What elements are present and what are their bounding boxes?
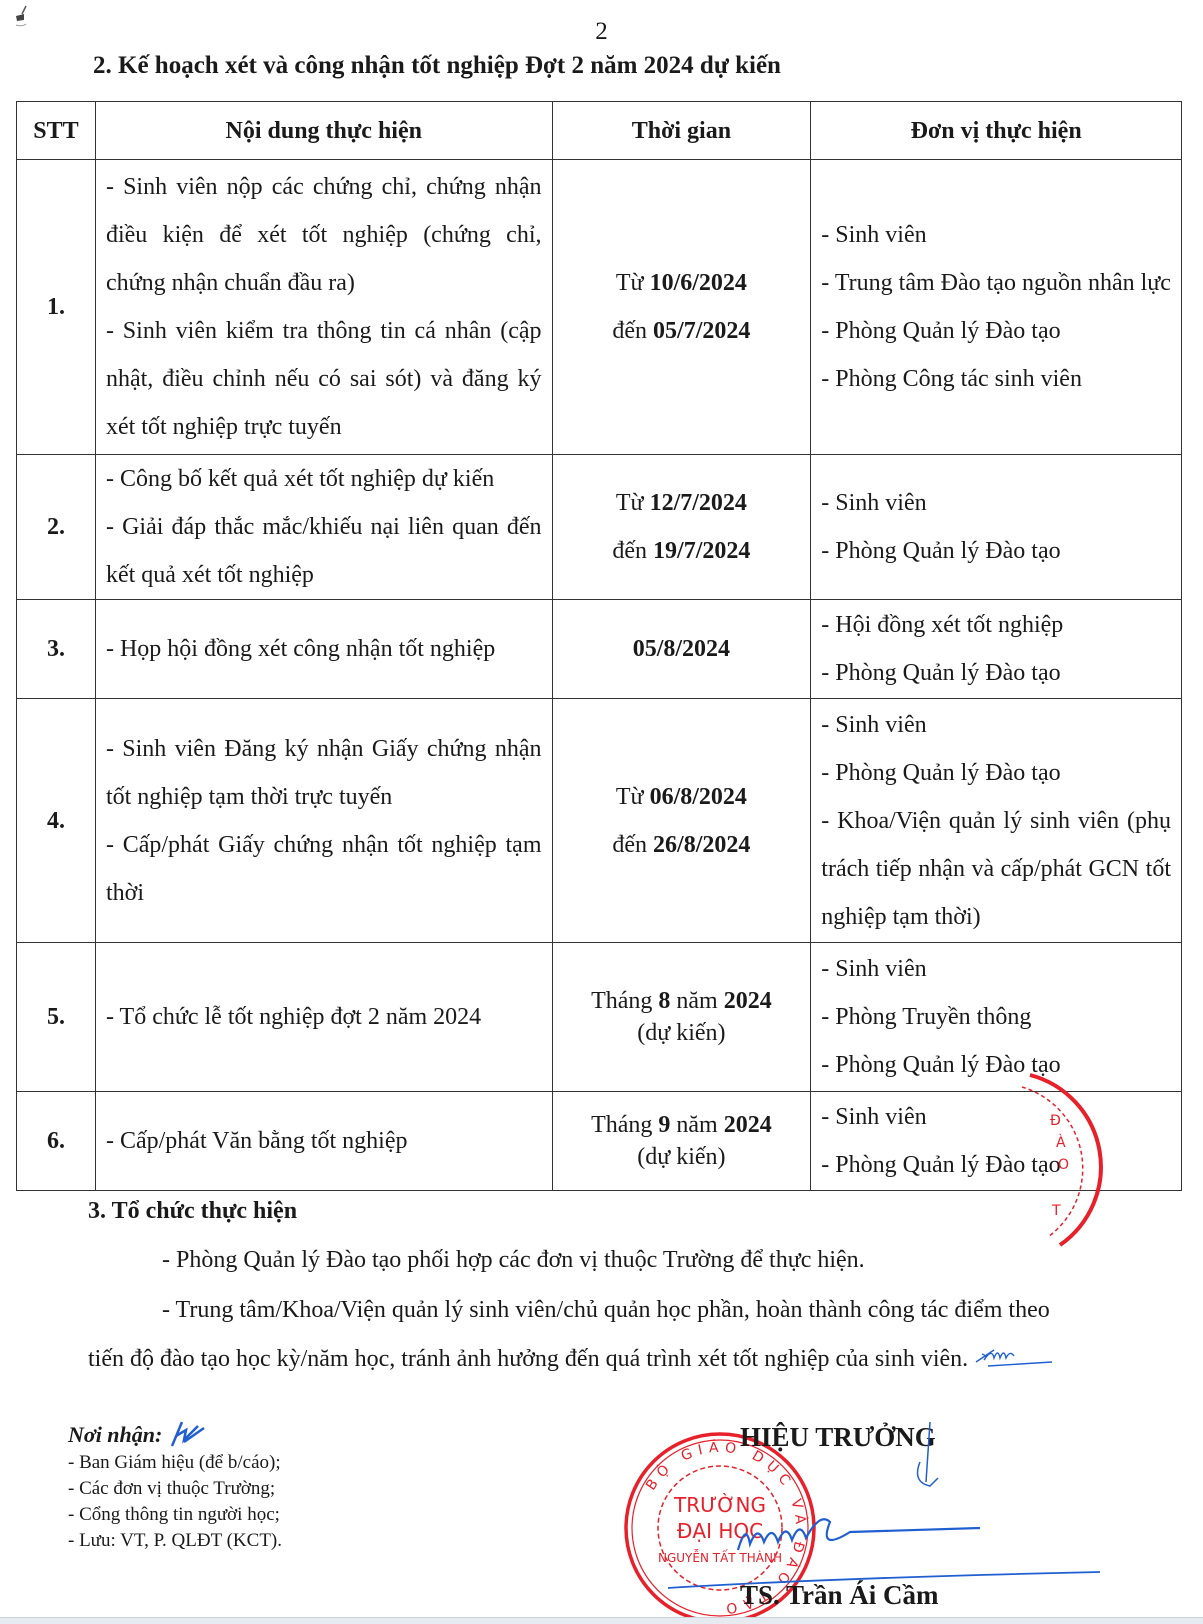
svg-text:Đ: Đ: [1050, 1113, 1061, 1129]
plan-table: STT Nội dung thực hiện Thời gian Đơn vị …: [16, 101, 1182, 1191]
time-to: 19/7/2024: [653, 538, 750, 564]
unit-item: - Hội đồng xét tốt nghiệp: [821, 601, 1171, 649]
recipients-block: Nơi nhận: - Ban Giám hiệu (để b/cáo); - …: [68, 1420, 282, 1554]
time-label: Tháng: [591, 1112, 652, 1138]
unit-item: - Phòng Quản lý Đào tạo: [821, 527, 1171, 575]
table-row: 5. - Tổ chức lễ tốt nghiệp đợt 2 năm 202…: [17, 943, 1182, 1092]
signer-name: TS. Trần Ái Cầm: [740, 1580, 939, 1611]
time-to: 05/7/2024: [653, 318, 750, 344]
unit-item: - Trung tâm Đào tạo nguồn nhân lực: [821, 259, 1171, 307]
time-label: Tháng: [591, 988, 652, 1014]
time-month: 8: [658, 988, 670, 1014]
row-stt: 5.: [17, 943, 96, 1092]
header-time: Thời gian: [552, 102, 811, 160]
partial-seal-icon: Đ À O T: [1020, 1065, 1130, 1255]
unit-item: - Sinh viên: [821, 211, 1171, 259]
time-note: (dự kiến): [563, 1017, 801, 1049]
time-label: đến: [612, 318, 647, 344]
row-content: - Họp hội đồng xét công nhận tốt nghiệp: [95, 600, 552, 699]
time-label: năm: [676, 988, 717, 1014]
paragraph: - Trung tâm/Khoa/Viện quản lý sinh viên/…: [162, 1297, 1050, 1324]
content-line: - Sinh viên Đăng ký nhận Giấy chứng nhận…: [106, 725, 542, 821]
table-header-row: STT Nội dung thực hiện Thời gian Đơn vị …: [17, 102, 1182, 160]
row-units: - Hội đồng xét tốt nghiệp - Phòng Quản l…: [811, 600, 1182, 699]
section-3-title: 3. Tổ chức thực hiện: [88, 1198, 297, 1225]
recipient-item: - Lưu: VT, P. QLĐT (KCT).: [68, 1528, 282, 1554]
content-line: - Tổ chức lễ tốt nghiệp đợt 2 năm 2024: [106, 993, 542, 1041]
header-stt: STT: [17, 102, 96, 160]
unit-item: - Sinh viên: [821, 945, 1171, 993]
content-line: - Giải đáp thắc mắc/khiếu nại liên quan …: [106, 503, 542, 599]
paragraph: - Phòng Quản lý Đào tạo phối hợp các đơn…: [162, 1247, 865, 1274]
svg-text:À: À: [1056, 1134, 1066, 1151]
svg-text:O: O: [1058, 1157, 1069, 1173]
row-units: - Sinh viên - Phòng Quản lý Đào tạo: [811, 455, 1182, 600]
unit-item: - Phòng Công tác sinh viên: [821, 355, 1171, 403]
row-time: Từ 10/6/2024 đến 05/7/2024: [552, 160, 811, 455]
time-month: 9: [658, 1112, 670, 1138]
unit-item: - Khoa/Viện quản lý sinh viên (phụ trách…: [821, 797, 1171, 941]
unit-item: - Phòng Quản lý Đào tạo: [821, 649, 1171, 697]
paragraph-text: tiến độ đào tạo học kỳ/năm học, tránh ản…: [88, 1346, 968, 1372]
content-line: - Cấp/phát Văn bằng tốt nghiệp: [106, 1117, 542, 1165]
row-content: - Sinh viên Đăng ký nhận Giấy chứng nhận…: [95, 699, 552, 943]
time-label: năm: [676, 1112, 717, 1138]
row-stt: 2.: [17, 455, 96, 600]
row-content: - Cấp/phát Văn bằng tốt nghiệp: [95, 1092, 552, 1191]
signature-stroke-icon: [650, 1412, 1050, 1602]
row-stt: 4.: [17, 699, 96, 943]
unit-item: - Phòng Quản lý Đào tạo: [821, 307, 1171, 355]
initials-icon: [974, 1346, 1054, 1368]
signature-block: BỘ GIÁO DỤC VÀ ĐÀO TẠO TRƯỜNG ĐẠI HỌC NG…: [600, 1412, 1203, 1624]
time-label: đến: [612, 538, 647, 564]
row-units: - Sinh viên - Trung tâm Đào tạo nguồn nh…: [811, 160, 1182, 455]
page-number: 2: [0, 18, 1203, 46]
content-line: - Sinh viên kiểm tra thông tin cá nhân (…: [106, 307, 542, 451]
unit-item: - Phòng Quản lý Đào tạo: [821, 749, 1171, 797]
viewer-bottom-bar: [0, 1617, 1203, 1624]
content-line: - Cấp/phát Giấy chứng nhận tốt nghiệp tạ…: [106, 821, 542, 917]
content-line: - Công bố kết quả xét tốt nghiệp dự kiến: [106, 455, 542, 503]
header-unit: Đơn vị thực hiện: [811, 102, 1182, 160]
recipients-heading-text: Nơi nhận:: [68, 1422, 162, 1447]
row-content: - Tổ chức lễ tốt nghiệp đợt 2 năm 2024: [95, 943, 552, 1092]
recipient-item: - Cổng thông tin người học;: [68, 1502, 282, 1528]
table-row: 1. - Sinh viên nộp các chứng chỉ, chứng …: [17, 160, 1182, 455]
row-time: Tháng 9 năm 2024 (dự kiến): [552, 1092, 811, 1191]
row-units: - Sinh viên - Phòng Quản lý Đào tạo - Kh…: [811, 699, 1182, 943]
row-time: 05/8/2024: [552, 600, 811, 699]
time-label: Từ: [616, 270, 644, 296]
recipient-item: - Các đơn vị thuộc Trường;: [68, 1476, 282, 1502]
time-label: Từ: [616, 490, 644, 516]
initials-icon: [168, 1420, 208, 1450]
svg-text:T: T: [1051, 1203, 1061, 1219]
section-2-title: 2. Kế hoạch xét và công nhận tốt nghiệp …: [93, 52, 781, 80]
row-stt: 1.: [17, 160, 96, 455]
time-label: đến: [612, 832, 647, 858]
time-from: 06/8/2024: [650, 784, 747, 810]
row-time: Tháng 8 năm 2024 (dự kiến): [552, 943, 811, 1092]
table-row: 6. - Cấp/phát Văn bằng tốt nghiệp Tháng …: [17, 1092, 1182, 1191]
time-year: 2024: [724, 988, 772, 1014]
row-time: Từ 06/8/2024 đến 26/8/2024: [552, 699, 811, 943]
time-from: 10/6/2024: [650, 270, 747, 296]
header-content: Nội dung thực hiện: [95, 102, 552, 160]
row-content: - Công bố kết quả xét tốt nghiệp dự kiến…: [95, 455, 552, 600]
time-to: 26/8/2024: [653, 832, 750, 858]
table-row: 3. - Họp hội đồng xét công nhận tốt nghi…: [17, 600, 1182, 699]
paragraph: tiến độ đào tạo học kỳ/năm học, tránh ản…: [88, 1346, 1054, 1373]
table-row: 4. - Sinh viên Đăng ký nhận Giấy chứng n…: [17, 699, 1182, 943]
time-label: Từ: [616, 784, 644, 810]
time-from: 12/7/2024: [650, 490, 747, 516]
content-line: - Sinh viên nộp các chứng chỉ, chứng nhậ…: [106, 163, 542, 307]
unit-item: - Sinh viên: [821, 479, 1171, 527]
recipients-heading: Nơi nhận:: [68, 1420, 282, 1450]
unit-item: - Phòng Truyền thông: [821, 993, 1171, 1041]
row-time: Từ 12/7/2024 đến 19/7/2024: [552, 455, 811, 600]
time-note: (dự kiến): [563, 1141, 801, 1173]
row-stt: 3.: [17, 600, 96, 699]
row-stt: 6.: [17, 1092, 96, 1191]
unit-item: - Sinh viên: [821, 701, 1171, 749]
row-content: - Sinh viên nộp các chứng chỉ, chứng nhậ…: [95, 160, 552, 455]
time-year: 2024: [724, 1112, 772, 1138]
table-row: 2. - Công bố kết quả xét tốt nghiệp dự k…: [17, 455, 1182, 600]
content-line: - Họp hội đồng xét công nhận tốt nghiệp: [106, 625, 542, 673]
recipient-item: - Ban Giám hiệu (để b/cáo);: [68, 1450, 282, 1476]
